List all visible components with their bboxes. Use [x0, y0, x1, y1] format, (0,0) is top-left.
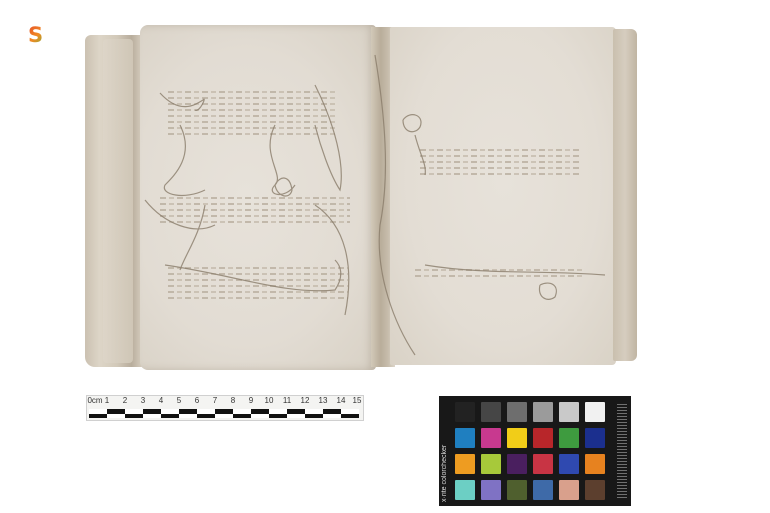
- ruler-tick: 12: [301, 396, 310, 405]
- ruler-tick: 15: [353, 396, 362, 405]
- color-patch: [507, 454, 527, 474]
- logo-letter: S: [28, 23, 43, 47]
- ruler-tick: 5: [177, 396, 181, 405]
- color-patch: [481, 402, 501, 422]
- color-patch: [507, 402, 527, 422]
- ruler-tick: 6: [195, 396, 199, 405]
- ruler-tick: 1: [105, 396, 109, 405]
- ruler-tick: 11: [283, 396, 291, 405]
- color-patch: [481, 428, 501, 448]
- color-patch: [585, 428, 605, 448]
- color-patch: [481, 454, 501, 474]
- color-patch: [585, 454, 605, 474]
- color-patch: [455, 428, 475, 448]
- color-checker-card: x·rite colorchecker: [439, 396, 631, 506]
- ruler-tick: 2: [123, 396, 127, 405]
- color-patch: [585, 480, 605, 500]
- ruler-tick: 7: [213, 396, 217, 405]
- color-patch: [481, 480, 501, 500]
- color-patch: [533, 480, 553, 500]
- color-patch: [533, 402, 553, 422]
- ruler-labels: 0cm 1 2 3 4 5 6 7 8 9 10 11 12 13 14 15: [87, 396, 363, 407]
- color-patch: [455, 480, 475, 500]
- color-patch: [559, 454, 579, 474]
- color-patch: [507, 428, 527, 448]
- ruler-unit: 0cm: [87, 396, 102, 405]
- ruler-tick: 10: [265, 396, 274, 405]
- ruler-tick: 14: [337, 396, 346, 405]
- site-logo[interactable]: S: [28, 25, 43, 46]
- book-relief-image: [85, 25, 637, 370]
- color-patch-grid: [455, 402, 605, 500]
- color-patch: [507, 480, 527, 500]
- color-patch: [533, 428, 553, 448]
- color-patch: [559, 480, 579, 500]
- color-patch: [455, 454, 475, 474]
- color-patch: [585, 402, 605, 422]
- ruler-bar: [89, 409, 359, 418]
- color-patch: [559, 428, 579, 448]
- checker-scale: [617, 404, 627, 498]
- ruler-tick: 9: [249, 396, 253, 405]
- color-patch: [455, 402, 475, 422]
- scale-ruler: 0cm 1 2 3 4 5 6 7 8 9 10 11 12 13 14 15: [86, 395, 364, 421]
- ruler-tick: 3: [141, 396, 145, 405]
- ruler-tick: 4: [159, 396, 163, 405]
- color-patch: [533, 454, 553, 474]
- checker-brand-label: x·rite colorchecker: [441, 400, 451, 502]
- ruler-tick: 8: [231, 396, 235, 405]
- color-patch: [559, 402, 579, 422]
- ruler-tick: 13: [319, 396, 328, 405]
- root-traces: [85, 25, 637, 370]
